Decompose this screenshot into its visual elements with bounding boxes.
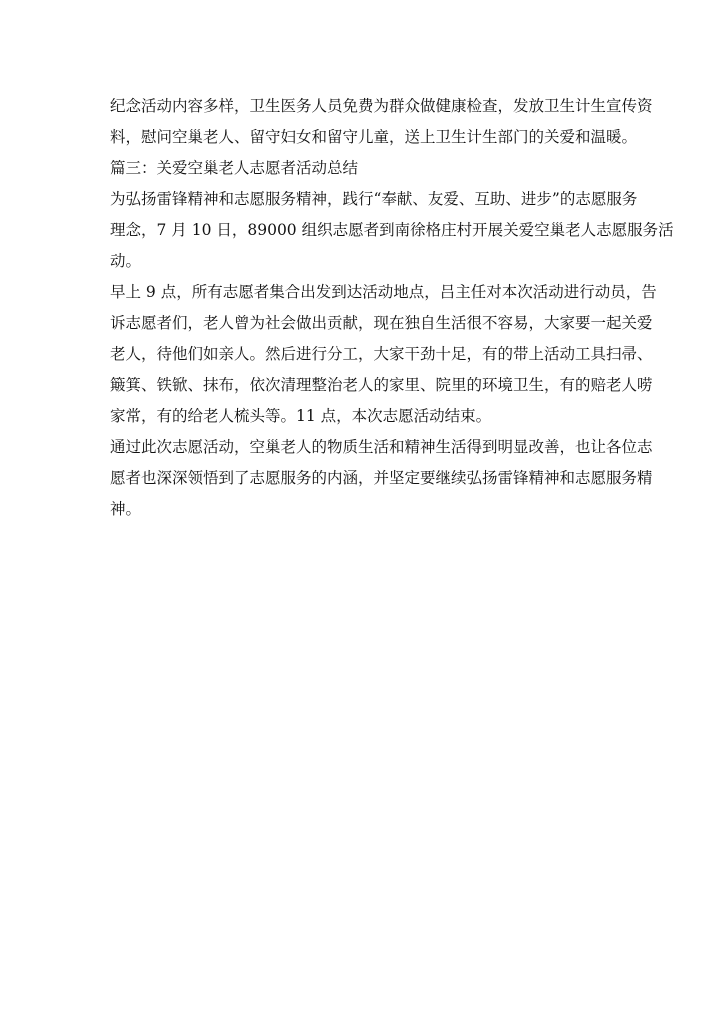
document-page: 纪念活动内容多样，卫生医务人员免费为群众做健康检查，发放卫生计生宣传资 料，慰问… — [110, 91, 614, 525]
text-line: 料，慰问空巢老人、留守妇女和留守儿童，送上卫生计生部门的关爱和温暖。 — [110, 122, 614, 153]
text-line: 愿者也深深领悟到了志愿服务的内涵，并坚定要继续弘扬雷锋精神和志愿服务精 — [110, 463, 614, 494]
section-heading: 篇三：关爱空巢老人志愿者活动总结 — [110, 153, 614, 184]
paragraph-1: 为弘扬雷锋精神和志愿服务精神，践行“奉献、友爱、互助、进步”的志愿服务 理念，7… — [110, 184, 614, 277]
text-line: 动。 — [110, 246, 614, 277]
paragraph-2: 早上 9 点，所有志愿者集合出发到达活动地点，吕主任对本次活动进行动员，告 诉志… — [110, 277, 614, 432]
text-line: 通过此次志愿活动，空巢老人的物质生活和精神生活得到明显改善，也让各位志 — [110, 432, 614, 463]
text-line: 为弘扬雷锋精神和志愿服务精神，践行“奉献、友爱、互助、进步”的志愿服务 — [110, 184, 614, 215]
text-line: 纪念活动内容多样，卫生医务人员免费为群众做健康检查，发放卫生计生宣传资 — [110, 91, 614, 122]
heading-text: 篇三：关爱空巢老人志愿者活动总结 — [110, 153, 614, 184]
text-line: 早上 9 点，所有志愿者集合出发到达活动地点，吕主任对本次活动进行动员，告 — [110, 277, 614, 308]
text-line: 理念，7 月 10 日，89000 组织志愿者到南徐格庄村开展关爱空巢老人志愿服… — [110, 215, 614, 246]
text-line: 老人，待他们如亲人。然后进行分工，大家干劲十足，有的带上活动工具扫帚、 — [110, 339, 614, 370]
text-line: 家常，有的给老人梳头等。11 点，本次志愿活动结束。 — [110, 401, 614, 432]
text-line: 神。 — [110, 494, 614, 525]
text-line: 簸箕、铁锨、抹布，依次清理整治老人的家里、院里的环境卫生，有的赔老人唠 — [110, 370, 614, 401]
paragraph-3: 通过此次志愿活动，空巢老人的物质生活和精神生活得到明显改善，也让各位志 愿者也深… — [110, 432, 614, 525]
paragraph-intro-continuation: 纪念活动内容多样，卫生医务人员免费为群众做健康检查，发放卫生计生宣传资 料，慰问… — [110, 91, 614, 153]
text-line: 诉志愿者们，老人曾为社会做出贡献，现在独自生活很不容易，大家要一起关爱 — [110, 308, 614, 339]
